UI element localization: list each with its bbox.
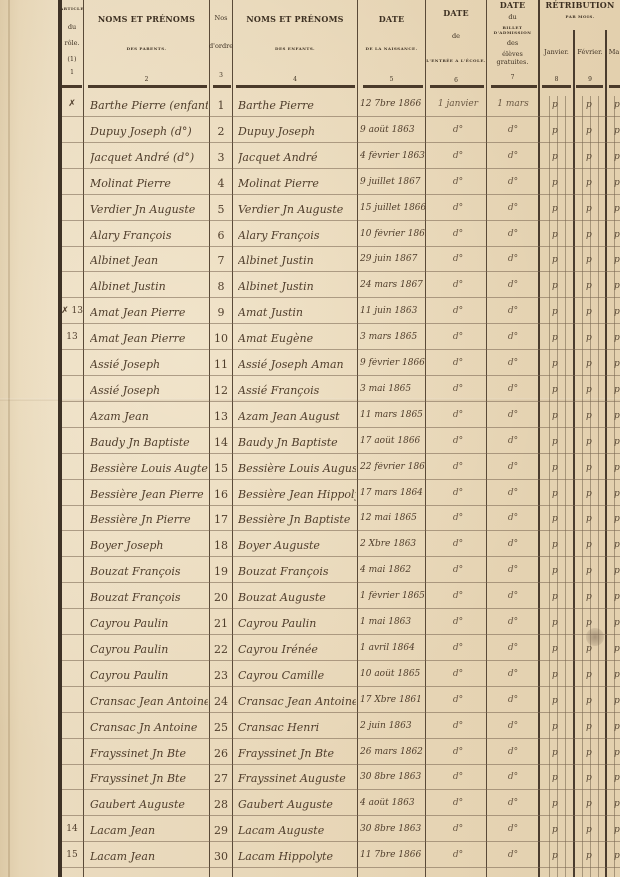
parent-name-cell: Molinat Pierre	[90, 177, 208, 190]
retribution-mark-jan: p	[552, 851, 558, 861]
retribution-mark-feb: p	[586, 618, 592, 628]
entry-date-cell: d°	[432, 177, 484, 187]
retribution-mark-mar: p	[614, 514, 620, 524]
retribution-mark-jan: p	[552, 540, 558, 550]
child-name-cell: Lacam Auguste	[238, 824, 356, 837]
parent-name-cell: Boyer Joseph	[90, 539, 208, 552]
entry-date-cell: d°	[432, 513, 484, 523]
order-number-cell: 21	[209, 617, 233, 630]
retribution-mark-jan: p	[552, 385, 558, 395]
order-number-cell: 3	[209, 151, 233, 164]
retribution-mark-mar: p	[614, 463, 620, 473]
order-number-cell: 13	[209, 410, 233, 423]
retribution-mark-jan: p	[552, 463, 558, 473]
parent-name-cell: Cayrou Paulin	[90, 643, 208, 656]
retribution-mark-jan: p	[552, 514, 558, 524]
child-name-cell: Amat Justin	[238, 306, 356, 319]
entry-date-cell: d°	[432, 488, 484, 498]
birth-date-cell: 22 février 1865	[360, 462, 426, 472]
article-cell: ✗ 13	[60, 306, 84, 316]
row-rule	[62, 323, 620, 324]
retribution-mark-jan: p	[552, 411, 558, 421]
header-order-number: Nos d'ordre 3	[209, 14, 233, 79]
parent-name-cell: Bouzat François	[90, 591, 208, 604]
parent-name-cell: Cayrou Paulin	[90, 669, 208, 682]
retribution-mark-feb: p	[586, 178, 592, 188]
entry-date-cell: d°	[432, 229, 484, 239]
retribution-mark-jan: p	[552, 437, 558, 447]
child-name-cell: Cayrou Paulin	[238, 617, 356, 630]
child-name-cell: Dupuy Joseph	[238, 125, 356, 138]
row-rule	[62, 789, 620, 790]
order-number-cell: 30	[209, 850, 233, 863]
order-number-cell: 4	[209, 177, 233, 190]
retribution-mark-mar: p	[614, 618, 620, 628]
child-name-cell: Bessière Jean Hippolyte	[238, 488, 356, 501]
retribution-mark-feb: p	[586, 773, 592, 783]
child-name-cell: Cayrou Camille	[238, 669, 356, 682]
child-name-cell: Assié François	[238, 384, 356, 397]
header-admission-ticket: DATE du BILLET D'ADMISSION des élèves gr…	[487, 0, 538, 81]
retribution-mark-feb: p	[586, 566, 592, 576]
birth-date-cell: 12 7bre 1866	[360, 99, 426, 109]
birth-date-cell: 4 mai 1862	[360, 565, 426, 575]
header-parent-names: NOMS ET PRÉNOMS DES PARENTS. 2	[84, 14, 209, 83]
admission-ticket-cell: d°	[490, 721, 536, 731]
child-name-cell: Verdier Jn Auguste	[238, 203, 356, 216]
retribution-mark-jan: p	[552, 281, 558, 291]
header-month-january: Janvier. 8	[540, 48, 573, 83]
admission-ticket-cell: d°	[490, 332, 536, 342]
retribution-mark-feb: p	[586, 592, 592, 602]
birth-date-cell: 9 août 1863	[360, 125, 426, 135]
child-name-cell: Cransac Jean Antoine	[238, 695, 356, 708]
col1-rule	[83, 0, 84, 877]
article-cell: 14	[60, 824, 84, 834]
entry-date-cell: d°	[432, 643, 484, 653]
retribution-mark-feb: p	[586, 851, 592, 861]
row-rule	[62, 841, 620, 842]
retribution-mark-feb: p	[586, 255, 592, 265]
retribution-mark-feb: p	[586, 489, 592, 499]
admission-ticket-cell: d°	[490, 151, 536, 161]
order-number-cell: 24	[209, 695, 233, 708]
entry-date-cell: d°	[432, 280, 484, 290]
admission-ticket-cell: d°	[490, 513, 536, 523]
admission-ticket-cell: d°	[490, 125, 536, 135]
order-number-cell: 18	[209, 539, 233, 552]
parent-name-cell: Frayssinet Jn Bte	[90, 747, 208, 760]
entry-date-cell: d°	[432, 254, 484, 264]
parent-name-cell: Assié Joseph	[90, 358, 208, 371]
parent-name-cell: Baudy Jn Baptiste	[90, 436, 208, 449]
birth-date-cell: 1 mai 1863	[360, 617, 426, 627]
retribution-mark-mar: p	[614, 566, 620, 576]
entry-date-cell: d°	[432, 306, 484, 316]
birth-date-cell: 3 mai 1865	[360, 384, 426, 394]
parent-name-cell: Albinet Jean	[90, 254, 208, 267]
order-number-cell: 11	[209, 358, 233, 371]
order-number-cell: 22	[209, 643, 233, 656]
entry-date-cell: d°	[432, 721, 484, 731]
row-rule	[62, 401, 620, 402]
order-number-cell: 17	[209, 513, 233, 526]
row-rule	[62, 686, 620, 687]
admission-ticket-cell: d°	[490, 643, 536, 653]
order-number-cell: 20	[209, 591, 233, 604]
retribution-mark-feb: p	[586, 411, 592, 421]
retribution-mark-mar: p	[614, 696, 620, 706]
retribution-mark-jan: p	[552, 618, 558, 628]
row-rule	[62, 271, 620, 272]
entry-date-cell: d°	[432, 565, 484, 575]
entry-date-cell: d°	[432, 669, 484, 679]
admission-ticket-cell: d°	[490, 203, 536, 213]
retribution-mark-jan: p	[552, 696, 558, 706]
retribution-mark-jan: p	[552, 670, 558, 680]
retribution-mark-jan: p	[552, 126, 558, 136]
retribution-mark-jan: p	[552, 773, 558, 783]
retribution-mark-mar: p	[614, 592, 620, 602]
retribution-mark-mar: p	[614, 489, 620, 499]
retribution-mark-feb: p	[586, 359, 592, 369]
birth-date-cell: 11 mars 1865	[360, 410, 426, 420]
retribution-mark-mar: p	[614, 825, 620, 835]
retribution-mark-mar: p	[614, 126, 620, 136]
retribution-mark-mar: p	[614, 748, 620, 758]
order-number-cell: 23	[209, 669, 233, 682]
row-rule	[62, 349, 620, 350]
admission-ticket-cell: d°	[490, 772, 536, 782]
article-cell: ✗	[60, 99, 84, 109]
parent-name-cell: Gaubert Auguste	[90, 798, 208, 811]
admission-ticket-cell: d°	[490, 824, 536, 834]
row-rule	[62, 764, 620, 765]
entry-date-cell: d°	[432, 798, 484, 808]
order-number-cell: 14	[209, 436, 233, 449]
retribution-mark-mar: p	[614, 540, 620, 550]
order-number-cell: 15	[209, 462, 233, 475]
retribution-mark-jan: p	[552, 178, 558, 188]
retribution-mark-feb: p	[586, 281, 592, 291]
entry-date-cell: 1 janvier	[432, 99, 484, 109]
retribution-mark-mar: p	[614, 799, 620, 809]
header-month-march: Ma	[607, 48, 620, 56]
entry-date-cell: d°	[432, 436, 484, 446]
birth-date-cell: 11 juin 1863	[360, 306, 426, 316]
col7-rule	[538, 0, 540, 877]
order-number-cell: 28	[209, 798, 233, 811]
admission-ticket-cell: d°	[490, 695, 536, 705]
retribution-mark-mar: p	[614, 204, 620, 214]
parent-name-cell: Frayssinet Jn Bte	[90, 772, 208, 785]
child-name-cell: Albinet Justin	[238, 254, 356, 267]
retribution-mark-jan: p	[552, 230, 558, 240]
parent-name-cell: Lacam Jean	[90, 824, 208, 837]
retribution-mark-jan: p	[552, 825, 558, 835]
retribution-mark-jan: p	[552, 799, 558, 809]
birth-date-cell: 26 mars 1862	[360, 747, 426, 757]
entry-date-cell: d°	[432, 358, 484, 368]
parent-name-cell: Dupuy Joseph (d°)	[90, 125, 208, 138]
child-name-cell: Cayrou Irénée	[238, 643, 356, 656]
retribution-mark-mar: p	[614, 437, 620, 447]
header-article: ARTICLE du rôle. (1) 1	[60, 6, 84, 76]
row-rule	[62, 608, 620, 609]
admission-ticket-cell: d°	[490, 591, 536, 601]
col6-rule	[486, 0, 487, 877]
retribution-mark-mar: p	[614, 359, 620, 369]
child-name-cell: Bouzat Auguste	[238, 591, 356, 604]
admission-ticket-cell: d°	[490, 539, 536, 549]
admission-ticket-cell: d°	[490, 462, 536, 472]
entry-date-cell: d°	[432, 824, 484, 834]
article-cell: 13	[60, 332, 84, 342]
retribution-mark-mar: p	[614, 100, 620, 110]
retribution-mark-mar: p	[614, 411, 620, 421]
birth-date-cell: 15 juillet 1866	[360, 203, 426, 213]
retribution-mark-mar: p	[614, 152, 620, 162]
admission-ticket-cell: d°	[490, 798, 536, 808]
row-rule	[62, 815, 620, 816]
birth-date-cell: 17 mars 1864	[360, 488, 426, 498]
retribution-mark-feb: p	[586, 307, 592, 317]
admission-ticket-cell: d°	[490, 669, 536, 679]
retribution-mark-jan: p	[552, 204, 558, 214]
retribution-mark-feb: p	[586, 696, 592, 706]
admission-ticket-cell: d°	[490, 306, 536, 316]
retribution-mark-feb: p	[586, 514, 592, 524]
header-birth-date: DATE DE LA NAISSANCE. 5	[358, 14, 425, 83]
retribution-mark-feb: p	[586, 463, 592, 473]
retribution-mark-mar: p	[614, 670, 620, 680]
row-rule	[62, 246, 620, 247]
child-name-cell: Baudy Jn Baptiste	[238, 436, 356, 449]
birth-date-cell: 30 8bre 1863	[360, 824, 426, 834]
retribution-mark-jan: p	[552, 255, 558, 265]
order-number-cell: 29	[209, 824, 233, 837]
child-name-cell: Frayssinet Auguste	[238, 772, 356, 785]
parent-name-cell: Bessière Jn Pierre	[90, 513, 208, 526]
parent-name-cell: Cransac Jean Antoine	[90, 695, 208, 708]
order-number-cell: 27	[209, 772, 233, 785]
row-rule	[62, 220, 620, 221]
row-rule	[62, 582, 620, 583]
admission-ticket-cell: d°	[490, 384, 536, 394]
retribution-mark-feb: p	[586, 825, 592, 835]
parent-name-cell: Assié Joseph	[90, 384, 208, 397]
left-fold-crease	[8, 0, 10, 877]
order-number-cell: 9	[209, 306, 233, 319]
birth-date-cell: 17 août 1866	[360, 436, 426, 446]
birth-date-cell: 30 8bre 1863	[360, 772, 426, 782]
order-number-cell: 26	[209, 747, 233, 760]
retribution-mark-jan: p	[552, 359, 558, 369]
retribution-mark-mar: p	[614, 851, 620, 861]
entry-date-cell: d°	[432, 332, 484, 342]
col4-rule	[357, 0, 358, 877]
admission-ticket-cell: d°	[490, 254, 536, 264]
child-name-cell: Jacquet André	[238, 151, 356, 164]
child-name-cell: Albinet Justin	[238, 280, 356, 293]
child-name-cell: Lacam Hippolyte	[238, 850, 356, 863]
retribution-mark-feb: p	[586, 100, 592, 110]
admission-ticket-cell: d°	[490, 850, 536, 860]
entry-date-cell: d°	[432, 462, 484, 472]
header-month-february: Février. 9	[575, 48, 605, 83]
retribution-mark-feb: p	[586, 152, 592, 162]
order-number-cell: 7	[209, 254, 233, 267]
birth-date-cell: 17 Xbre 1861	[360, 695, 426, 705]
entry-date-cell: d°	[432, 617, 484, 627]
order-number-cell: 12	[209, 384, 233, 397]
entry-date-cell: d°	[432, 539, 484, 549]
retribution-mark-feb: p	[586, 385, 592, 395]
row-rule	[62, 867, 620, 868]
child-name-cell: Alary François	[238, 229, 356, 242]
parent-name-cell: Amat Jean Pierre	[90, 332, 208, 345]
retribution-mark-feb: p	[586, 540, 592, 550]
entry-date-cell: d°	[432, 695, 484, 705]
retribution-mark-mar: p	[614, 230, 620, 240]
row-rule	[62, 427, 620, 428]
child-name-cell: Gaubert Auguste	[238, 798, 356, 811]
entry-date-cell: d°	[432, 591, 484, 601]
child-name-cell: Barthe Pierre	[238, 99, 356, 112]
row-rule	[62, 142, 620, 143]
child-name-cell: Boyer Auguste	[238, 539, 356, 552]
birth-date-cell: 3 mars 1865	[360, 332, 426, 342]
retribution-mark-mar: p	[614, 307, 620, 317]
parent-name-cell: Cransac Jn Antoine	[90, 721, 208, 734]
retribution-mark-feb: p	[586, 799, 592, 809]
child-name-cell: Frayssinet Jn Bte	[238, 747, 356, 760]
header-retribution: RÉTRIBUTION PAR MOIS.	[540, 0, 620, 19]
entry-date-cell: d°	[432, 125, 484, 135]
parent-name-cell: Lacam Jean	[90, 850, 208, 863]
order-number-cell: 1	[209, 99, 233, 112]
retribution-mark-feb: p	[586, 437, 592, 447]
retribution-mark-feb: p	[586, 722, 592, 732]
birth-date-cell: 24 mars 1867	[360, 280, 426, 290]
retribution-mark-mar: p	[614, 773, 620, 783]
parent-name-cell: Cayrou Paulin	[90, 617, 208, 630]
article-cell: 15	[60, 850, 84, 860]
admission-ticket-cell: d°	[490, 565, 536, 575]
retribution-mark-jan: p	[552, 152, 558, 162]
birth-date-cell: 4 février 1863	[360, 151, 426, 161]
retribution-mark-mar: p	[614, 385, 620, 395]
header-child-names: NOMS ET PRÉNOMS DES ENFANTS. 4	[233, 14, 357, 83]
retribution-mark-jan: p	[552, 566, 558, 576]
retribution-mark-jan: p	[552, 100, 558, 110]
birth-date-cell: 29 juin 1867	[360, 254, 426, 264]
retribution-mark-jan: p	[552, 333, 558, 343]
admission-ticket-cell: d°	[490, 410, 536, 420]
parent-name-cell: Alary François	[90, 229, 208, 242]
birth-date-cell: 4 août 1863	[360, 798, 426, 808]
left-border-rule	[58, 0, 62, 877]
row-rule	[62, 556, 620, 557]
row-rule	[62, 453, 620, 454]
order-number-cell: 5	[209, 203, 233, 216]
birth-date-cell: 10 février 1869	[360, 229, 426, 239]
retribution-mark-feb: p	[586, 748, 592, 758]
register-page: ARTICLE du rôle. (1) 1 NOMS ET PRÉNOMS D…	[0, 0, 620, 877]
row-rule	[62, 660, 620, 661]
retribution-mark-feb: p	[586, 670, 592, 680]
row-rule	[62, 634, 620, 635]
birth-date-cell: 9 février 1866	[360, 358, 426, 368]
row-rule	[62, 712, 620, 713]
retribution-mark-mar: p	[614, 281, 620, 291]
retribution-mark-jan: p	[552, 644, 558, 654]
birth-date-cell: 1 avril 1864	[360, 643, 426, 653]
order-number-cell: 10	[209, 332, 233, 345]
child-name-cell: Amat Eugène	[238, 332, 356, 345]
row-rule	[62, 479, 620, 480]
admission-ticket-cell: d°	[490, 229, 536, 239]
row-rule	[62, 194, 620, 195]
order-number-cell: 2	[209, 125, 233, 138]
birth-date-cell: 2 juin 1863	[360, 721, 426, 731]
admission-ticket-cell: d°	[490, 747, 536, 757]
child-name-cell: Bouzat François	[238, 565, 356, 578]
birth-date-cell: 11 7bre 1866	[360, 850, 426, 860]
child-name-cell: Azam Jean August	[238, 410, 356, 423]
child-name-cell: Assié Joseph Aman	[238, 358, 356, 371]
admission-ticket-cell: d°	[490, 436, 536, 446]
retribution-mark-mar: p	[614, 178, 620, 188]
entry-date-cell: d°	[432, 747, 484, 757]
parent-name-cell: Bouzat François	[90, 565, 208, 578]
retribution-mark-jan: p	[552, 592, 558, 602]
parent-name-cell: Jacquet André (d°)	[90, 151, 208, 164]
admission-ticket-cell: d°	[490, 280, 536, 290]
admission-ticket-cell: d°	[490, 488, 536, 498]
entry-date-cell: d°	[432, 850, 484, 860]
header-entry-date: DATE de L'ENTRÉE A L'ÉCOLE. 6	[426, 8, 486, 84]
retribution-mark-mar: p	[614, 722, 620, 732]
parent-name-cell: Bessière Louis Augte	[90, 462, 208, 475]
admission-ticket-cell: d°	[490, 617, 536, 627]
entry-date-cell: d°	[432, 203, 484, 213]
retribution-mark-jan: p	[552, 489, 558, 499]
retribution-mark-mar: p	[614, 255, 620, 265]
child-name-cell: Bessière Louis August	[238, 462, 356, 475]
parent-name-cell: Albinet Justin	[90, 280, 208, 293]
parent-name-cell: Verdier Jn Auguste	[90, 203, 208, 216]
admission-ticket-cell: 1 mars	[490, 99, 536, 109]
birth-date-cell: 10 août 1865	[360, 669, 426, 679]
ink-stain	[586, 628, 604, 646]
order-number-cell: 6	[209, 229, 233, 242]
entry-date-cell: d°	[432, 384, 484, 394]
row-rule	[62, 297, 620, 298]
row-rule	[62, 375, 620, 376]
entry-date-cell: d°	[432, 772, 484, 782]
row-rule	[62, 168, 620, 169]
row-rule	[62, 505, 620, 506]
parent-name-cell: Azam Jean	[90, 410, 208, 423]
admission-ticket-cell: d°	[490, 177, 536, 187]
retribution-mark-feb: p	[586, 230, 592, 240]
row-rule	[62, 116, 620, 117]
parent-name-cell: Barthe Pierre (enfant)	[90, 99, 208, 112]
order-number-cell: 19	[209, 565, 233, 578]
retribution-mark-feb: p	[586, 126, 592, 136]
retribution-mark-jan: p	[552, 307, 558, 317]
